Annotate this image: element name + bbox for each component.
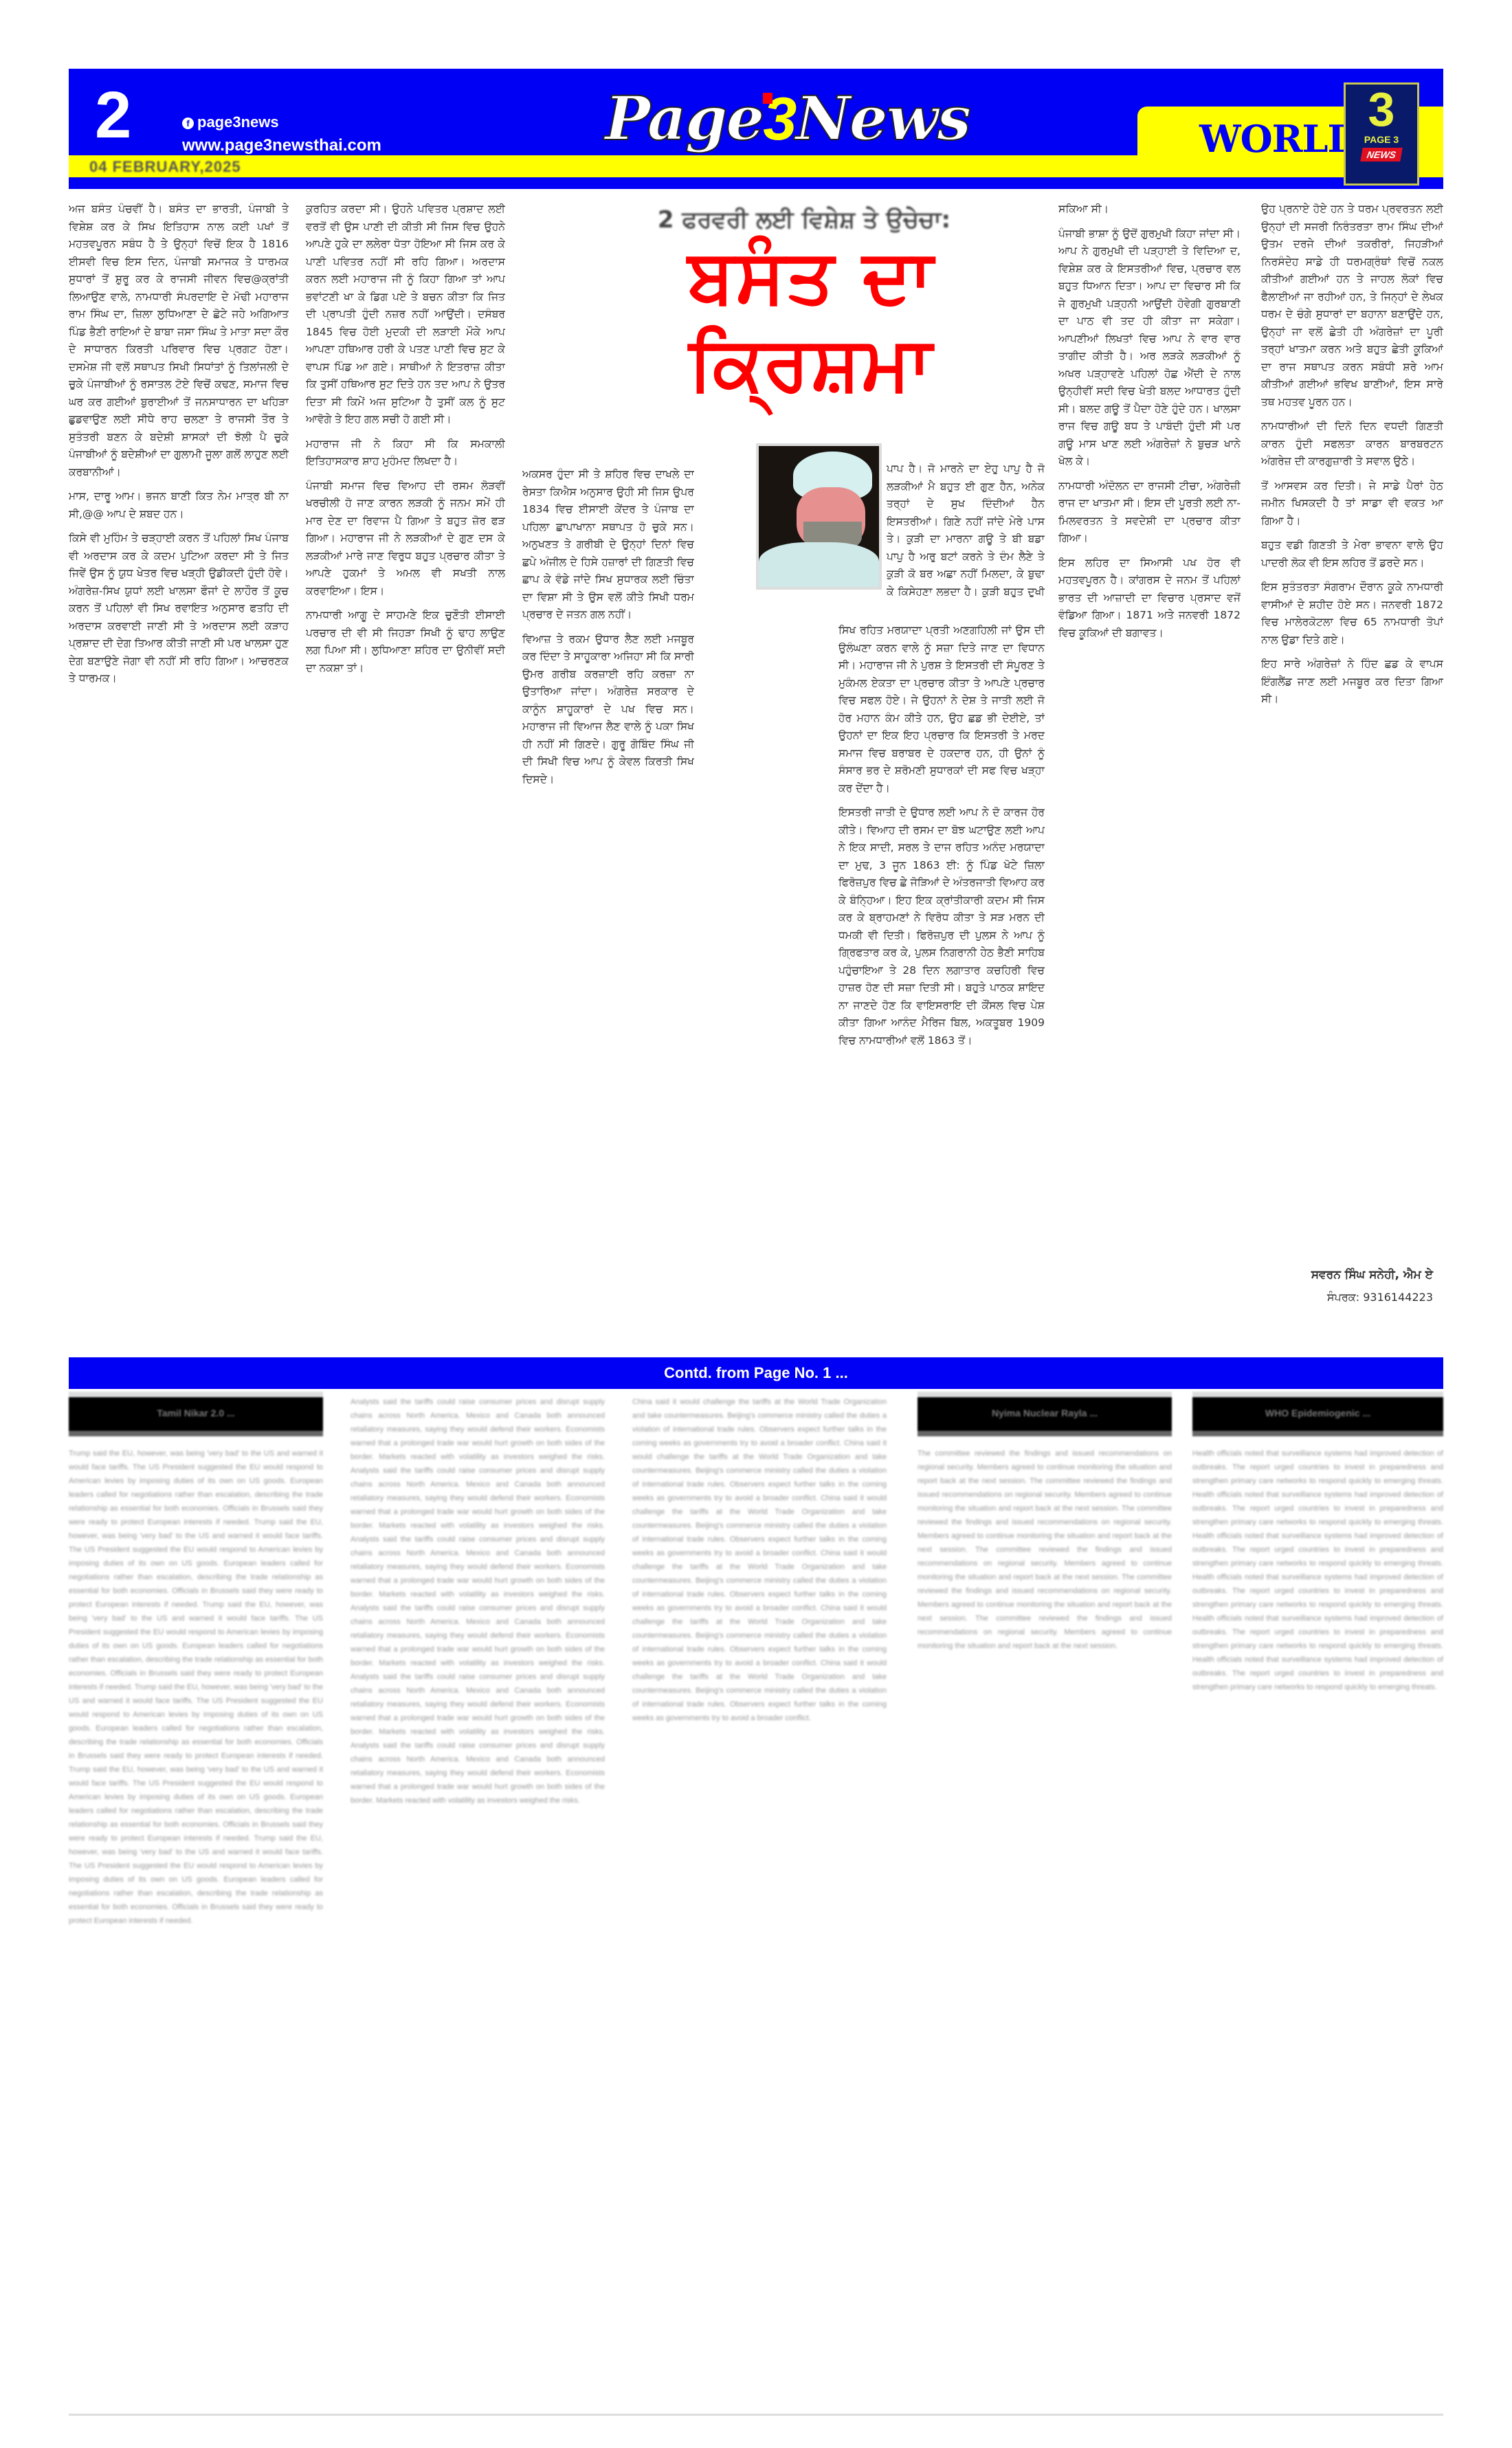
story-header-box: Tamil Nikar 2.0 ... (69, 1392, 323, 1436)
badge-number: 3 (1346, 85, 1417, 134)
paragraph: ਇਸ ਲਹਿਰ ਦਾ ਸਿਆਸੀ ਪਖ ਹੋਰ ਵੀ ਮਹਤਵਪੂਰਨ ਹੈ। … (1058, 555, 1241, 643)
paragraph: ਪੰਜਾਬੀ ਭਾਸ਼ਾ ਨੂੰ ਉਦੋਂ ਗੁਰਮੁਖੀ ਕਿਹਾ ਜਾਂਦਾ… (1058, 225, 1241, 471)
website-link[interactable]: www.page3newsthai.com (182, 136, 381, 155)
continued-banner: Contd. from Page No. 1 ... (69, 1357, 1443, 1389)
paragraph: ਇਹ ਸਾਰੇ ਅੰਗਰੇਜ਼ਾਂ ਨੇ ਹਿੰਦ ਛਡ ਕੇ ਵਾਪਸ ਇੰਗ… (1261, 656, 1443, 709)
paragraph: ਨਾਮਧਾਰੀ ਆਗੂ ਦੇ ਸਾਹਮਣੇ ਇਕ ਚੁਣੌਤੀ ਈਸਾਈ ਪਰਚ… (306, 607, 505, 677)
paragraph: ਮਾਸ, ਦਾਰੂ ਆਮ। ਭਜਨ ਬਾਣੀ ਕਿਤ ਨੇਮ ਮਾਤ੍ਰ ਬੀ … (69, 488, 289, 523)
page3-badge-logo: 3 PAGE 3 NEWS (1344, 82, 1419, 186)
paragraph: ਅਕਸਰ ਹੁੰਦਾ ਸੀ ਤੇ ਸ਼ਹਿਰ ਵਿਚ ਦਾਖਲੇ ਦਾ ਰੇਸਤ… (522, 466, 694, 624)
paragraph: ਪੰਜਾਬੀ ਸਮਾਜ ਵਿਚ ਵਿਆਹ ਦੀ ਰਸਮ ਲੋੜਵੀਂ ਖਰਚੀਲ… (306, 478, 505, 601)
paragraph: ਮਹਾਰਾਜ ਜੀ ਨੇ ਕਿਹਾ ਸੀ ਕਿ ਸਮਕਾਲੀ ਇਤਿਹਾਸਕਾਰ… (306, 436, 505, 471)
issue-date: 04 FEBRUARY,2025 (89, 158, 241, 176)
page-number: 2 (95, 82, 131, 148)
paragraph: ਕੁਰਹਿਤ ਕਰਦਾ ਸੀ। ਉਹਨੇ ਪਵਿਤਰ ਪ੍ਰਸ਼ਾਦ ਲਈ ਵਰ… (306, 201, 505, 429)
article-column-2: ਕੁਰਹਿਤ ਕਰਦਾ ਸੀ। ਉਹਨੇ ਪਵਿਤਰ ਪ੍ਰਸ਼ਾਦ ਲਈ ਵਰ… (306, 201, 505, 1383)
badge-news: NEWS (1360, 148, 1403, 162)
article-column-3: ਅਕਸਰ ਹੁੰਦਾ ਸੀ ਤੇ ਸ਼ਹਿਰ ਵਿਚ ਦਾਖਲੇ ਦਾ ਰੇਸਤ… (522, 466, 694, 1383)
newspaper-page: 2 fpage3news www.page3newsthai.com 04 FE… (69, 69, 1443, 2419)
bottom-column-1: Trump said the EU, however, was being 'v… (69, 1447, 323, 2278)
logo-number: 3 (763, 85, 795, 153)
logo-left: Page (605, 82, 763, 154)
article-column-4a: ਪਾਪ ਹੈ। ਜੋ ਮਾਰਨੇ ਦਾ ਏਹੁ ਪਾਪੁ ਹੈ ਜੋ ਲੜਕੀਆ… (887, 460, 1045, 598)
logo-right: News (795, 82, 970, 154)
paragraph: ਇਸਤਰੀ ਜਾਤੀ ਦੇ ਉਧਾਰ ਲਈ ਆਪ ਨੇ ਦੋ ਕਾਰਜ ਹੋਰ … (838, 804, 1045, 1049)
facebook-handle: page3news (197, 113, 279, 131)
author-contact: ਸੰਪਰਕ: 9316144223 (1223, 1291, 1433, 1304)
bottom-column-5: Health officials noted that surveillance… (1192, 1447, 1443, 2278)
paragraph: ਸਕਿਆ ਸੀ। (1058, 201, 1241, 219)
story-header-box: Nyima Nuclear Rayla ... (918, 1392, 1172, 1436)
article-headline: ਬਸੰਤ ਦਾ ਕ੍ਰਿਸ਼ਮਾ (598, 234, 1024, 408)
newspaper-logo: Page3News (605, 82, 970, 154)
contact-number: 9316144223 (1363, 1291, 1433, 1304)
paragraph: ਪਾਪ ਹੈ। ਜੋ ਮਾਰਨੇ ਦਾ ਏਹੁ ਪਾਪੁ ਹੈ ਜੋ ਲੜਕੀਆ… (887, 460, 1045, 598)
masthead: 2 fpage3news www.page3newsthai.com 04 FE… (69, 69, 1443, 189)
badge-label: PAGE 3 (1346, 134, 1417, 145)
paragraph: ਅਜ ਬਸੰਤ ਪੰਚਵੀਂ ਹੈ। ਬਸੰਤ ਦਾ ਭਾਰਤੀ, ਪੰਜਾਬੀ… (69, 201, 289, 481)
paragraph: ਨਾਮਧਾਰੀ ਅੰਦੋਲਨ ਦਾ ਰਾਜਸੀ ਟੀਚਾ, ਅੰਗਰੇਜ਼ੀ ਰ… (1058, 478, 1241, 548)
bottom-column-4: The committee reviewed the findings and … (918, 1447, 1172, 2278)
paragraph: ਵਿਆਜ਼ ਤੇ ਰਕਮ ਉਧਾਰ ਲੈਣ ਲਈ ਮਜਬੂਰ ਕਰ ਦਿੰਦਾ … (522, 631, 694, 789)
paragraph: ਉਹ ਪ੍ਰਨਾਏ ਹੋਏ ਹਨ ਤੇ ਧਰਮ ਪ੍ਰਵਰਤਨ ਲਈ ਉਨ੍ਹਾ… (1261, 201, 1443, 411)
article-column-1: ਅਜ ਬਸੰਤ ਪੰਚਵੀਂ ਹੈ। ਬਸੰਤ ਦਾ ਭਾਰਤੀ, ਪੰਜਾਬੀ… (69, 201, 289, 1383)
paragraph: ਕਿਸੇ ਵੀ ਮੁਹਿੰਮ ਤੇ ਚੜ੍ਹਾਈ ਕਰਨ ਤੋਂ ਪਹਿਲਾਂ … (69, 530, 289, 688)
article-column-5: ਸਕਿਆ ਸੀ। ਪੰਜਾਬੀ ਭਾਸ਼ਾ ਨੂੰ ਉਦੋਂ ਗੁਰਮੁਖੀ ਕ… (1058, 201, 1241, 1383)
article-column-6: ਉਹ ਪ੍ਰਨਾਏ ਹੋਏ ਹਨ ਤੇ ਧਰਮ ਪ੍ਰਵਰਤਨ ਲਈ ਉਨ੍ਹਾ… (1261, 201, 1443, 1328)
author-photo (756, 443, 882, 590)
contact-label: ਸੰਪਰਕ: (1327, 1291, 1359, 1304)
bottom-column-2: Analysts said the tariffs could raise co… (351, 1395, 605, 2278)
page-bottom-rule (69, 2414, 1443, 2416)
body-shape (759, 542, 879, 590)
story-header-box: WHO Epidemiogenic ... (1192, 1392, 1443, 1436)
author-byline: ਸਵਰਨ ਸਿੰਘ ਸਨੇਹੀ, ਐਮ ਏ (1223, 1268, 1433, 1282)
paragraph: ਤੋਂ ਆਸਵਸ ਕਰ ਦਿਤੀ। ਜੇ ਸਾਡੇ ਪੈਰਾਂ ਹੇਠ ਜਮੀਨ… (1261, 478, 1443, 531)
section-label: WORLD (1199, 117, 1359, 161)
paragraph: ਸਿਖ ਰਹਿਤ ਮਰਯਾਦਾ ਪ੍ਰਤੀ ਅਣਗਹਿਲੀ ਜਾਂ ਉਸ ਦੀ … (838, 622, 1045, 797)
bottom-column-3: China said it would challenge the tariff… (632, 1395, 887, 2278)
article-kicker: 2 ਫਰਵਰੀ ਲਈ ਵਿਸ਼ੇਸ਼ ਤੇ ਉਚੇਚਾ: (591, 206, 1017, 234)
article-column-4: ਸਿਖ ਰਹਿਤ ਮਰਯਾਦਾ ਪ੍ਰਤੀ ਅਣਗਹਿਲੀ ਜਾਂ ਉਸ ਦੀ … (838, 622, 1045, 1383)
paragraph: ਬਹੁਤ ਵਡੀ ਗਿਣਤੀ ਤੇ ਮੇਰਾ ਭਾਵਨਾ ਵਾਲੇ ਉਹ ਪਾਦ… (1261, 537, 1443, 572)
facebook-link[interactable]: fpage3news (182, 113, 279, 131)
facebook-icon: f (182, 118, 194, 129)
paragraph: ਨਾਮਧਾਰੀਆਂ ਦੀ ਦਿਨੋ ਦਿਨ ਵਧਦੀ ਗਿਣਤੀ ਕਾਰਨ ਹੁ… (1261, 418, 1443, 471)
paragraph: ਇਸ ਸੁਤੰਤਰਤਾ ਸੰਗਰਾਮ ਦੌਰਾਨ ਕੂਕੇ ਨਾਮਧਾਰੀ ਵਾ… (1261, 579, 1443, 649)
